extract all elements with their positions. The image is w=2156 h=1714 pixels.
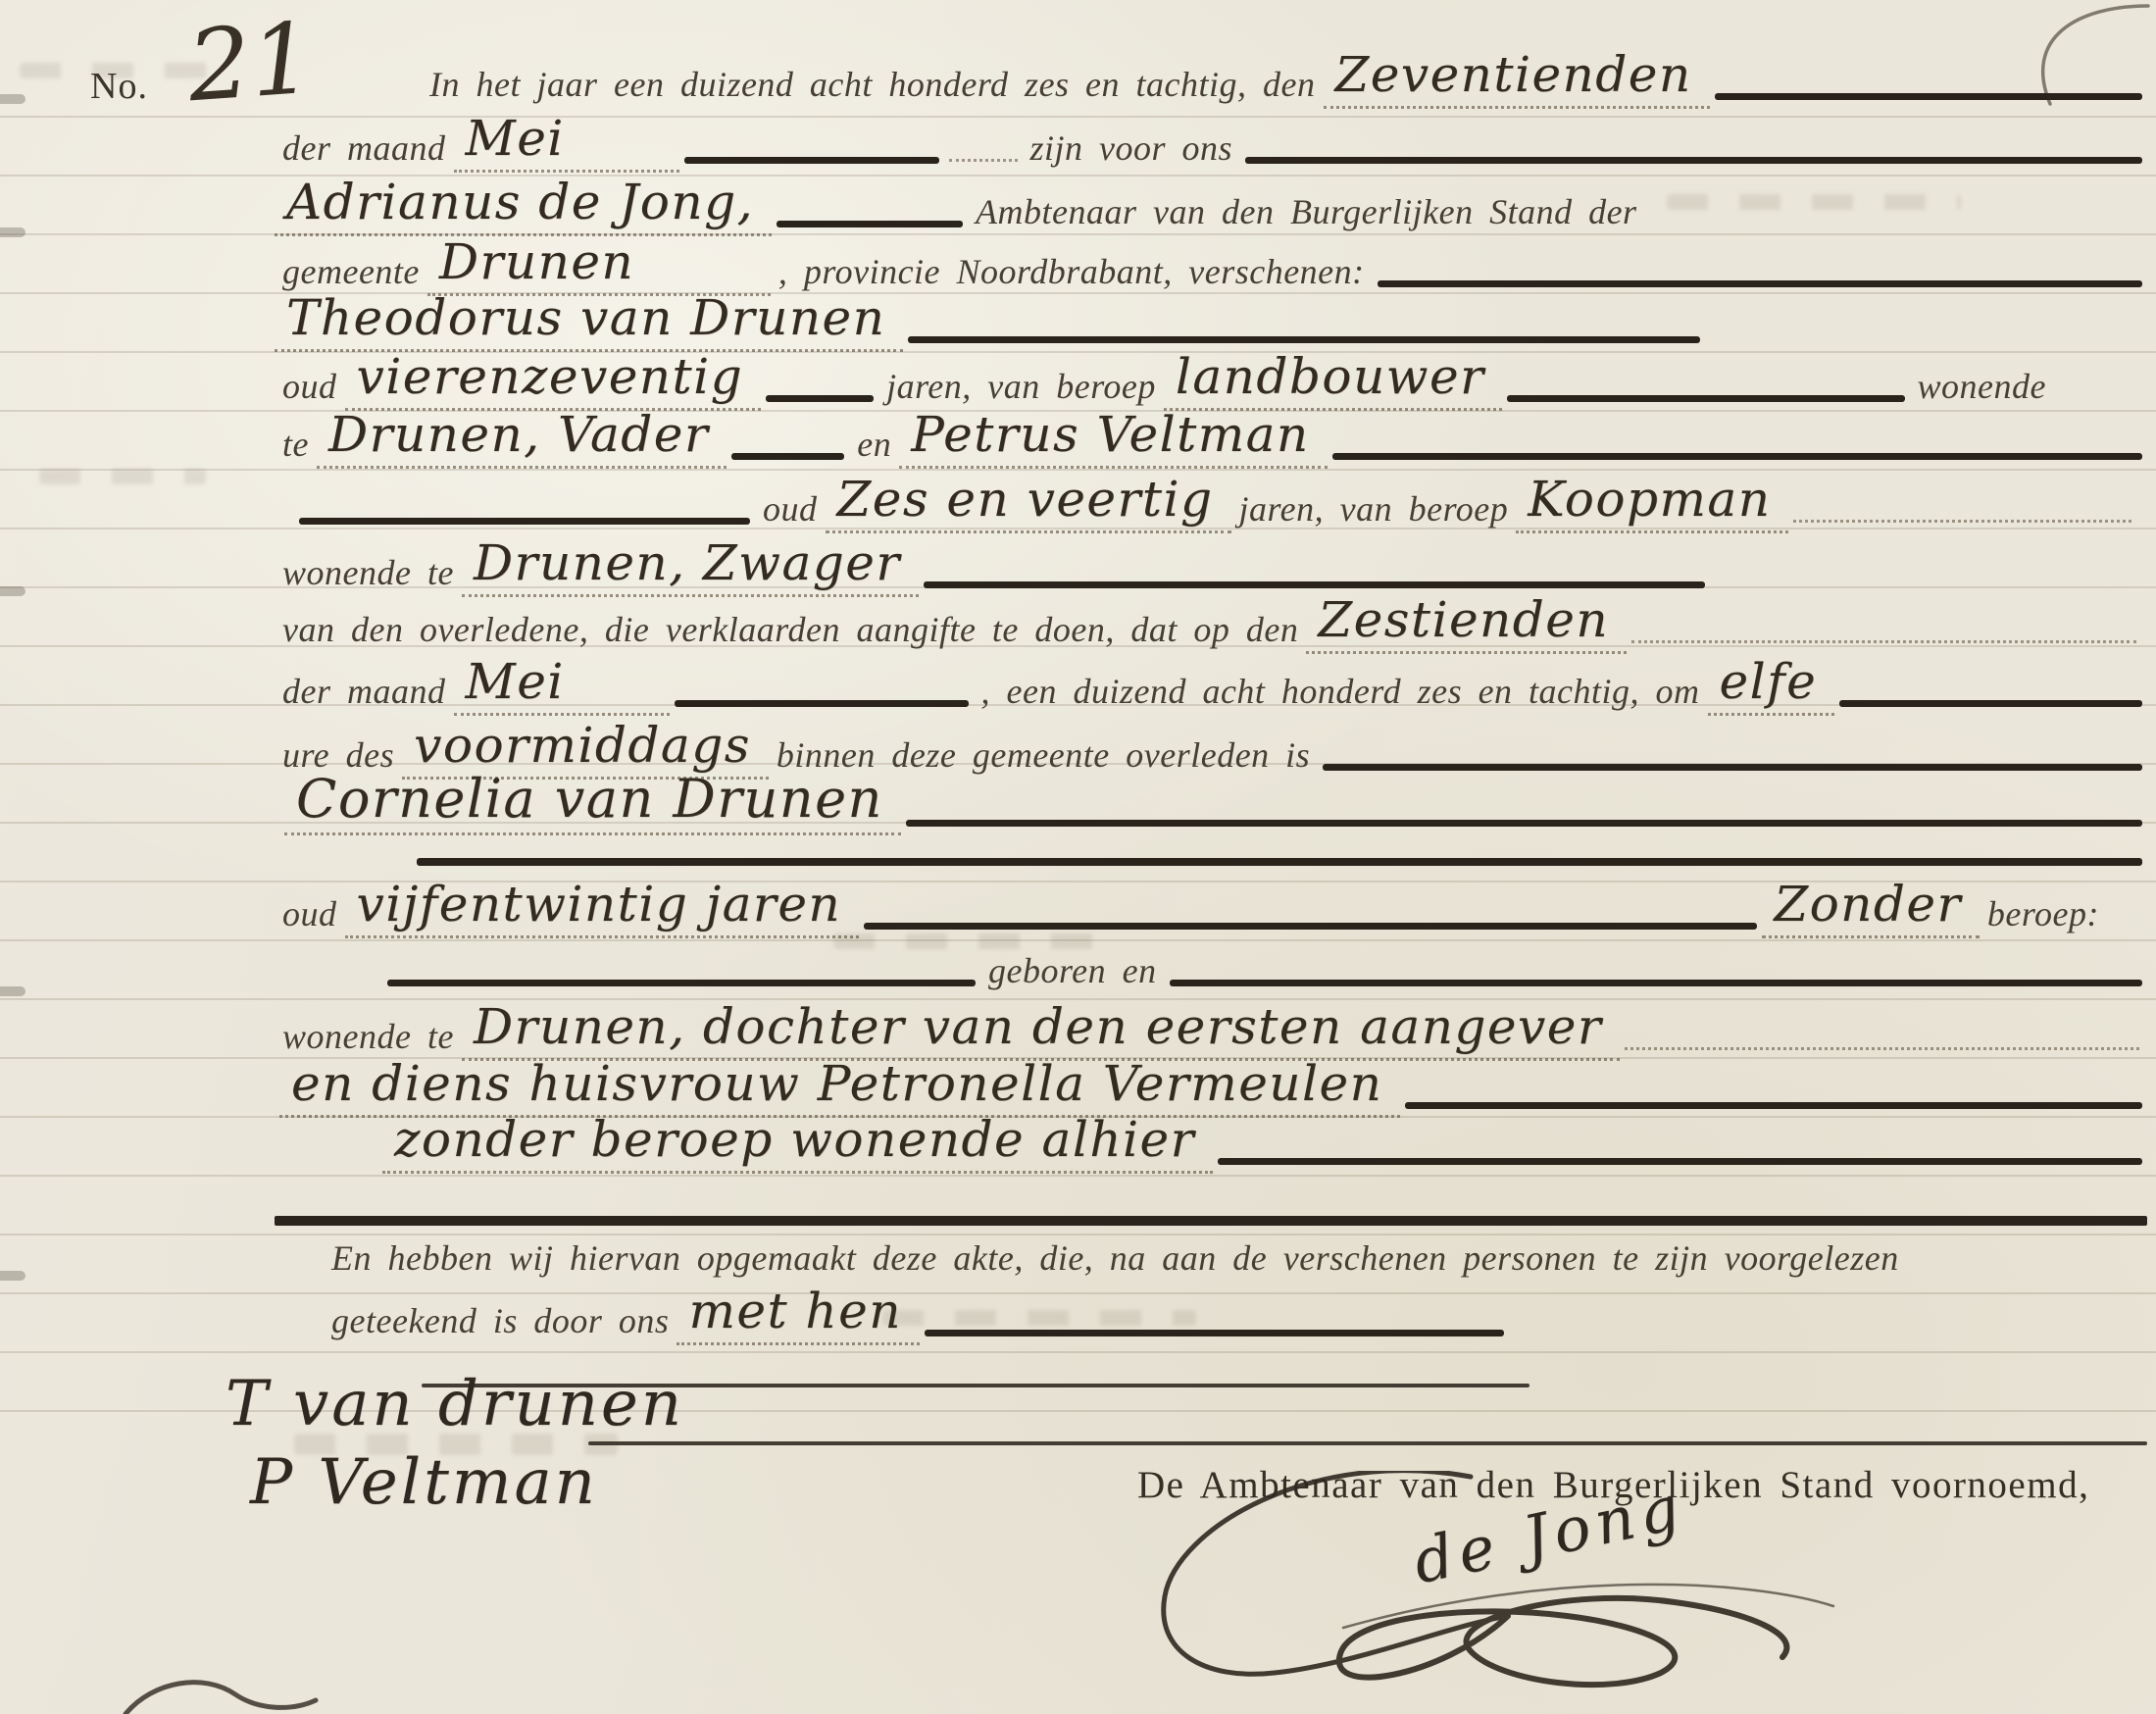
- printed-text: geteekend is door ons: [324, 1302, 677, 1345]
- printed-text: wonende te: [275, 554, 462, 597]
- printed-text: In het jaar een duizend acht honderd zes…: [422, 66, 1324, 109]
- act-line-14: [412, 843, 2147, 875]
- printed-text: wonende: [1910, 368, 2054, 411]
- rule-fill: [925, 1330, 1504, 1336]
- signature-declarant2: P Veltman: [250, 1451, 598, 1514]
- act-line-19: zonder beroep wonende alhier: [382, 1115, 2147, 1174]
- hw-deceased-name: Cornelia van Drunen: [284, 773, 901, 835]
- printed-text: beroep:: [1980, 895, 2107, 938]
- partial-next-entry-stroke: [118, 1673, 324, 1714]
- dotted-leader: [1631, 640, 2136, 643]
- act-line-7: te Drunen, Vader en Petrus Veltman: [275, 410, 2147, 469]
- act-line-4: gemeente Drunen , provincie Noordbrabant…: [275, 237, 2147, 296]
- rule-fill: [387, 980, 976, 986]
- dotted-leader: [949, 159, 1018, 162]
- printed-text: Ambtenaar van den Burgerlijken Stand der: [968, 193, 1645, 236]
- closing-line-1: En hebben wij hiervan opgemaakt deze akt…: [324, 1224, 2048, 1283]
- hw-zonder: Zonder: [1762, 880, 1980, 938]
- edge-smudge: [0, 227, 25, 237]
- act-line-18: en diens huisvrouw Petronella Vermeulen: [279, 1059, 2147, 1118]
- printed-text: der maand: [275, 673, 454, 716]
- hw-declarant1-age: vierenzeventig: [345, 352, 762, 411]
- rule-fill: [1378, 280, 2142, 287]
- act-line-11: der maand Mei , een duizend acht honderd…: [275, 657, 2147, 716]
- hw-declarant2-occupation: Koopman: [1516, 475, 1788, 533]
- rule-fill: [417, 858, 2142, 866]
- signature-rule: [588, 1441, 2147, 1445]
- edge-smudge: [0, 986, 25, 996]
- rule-fill: [1839, 700, 2142, 707]
- record-number-label: No.: [90, 65, 148, 108]
- rule-fill: [684, 157, 939, 164]
- hw-month: Mei: [454, 114, 679, 173]
- officiant-signature-block: de Jong: [1147, 1471, 1902, 1714]
- rule-fill: [1245, 157, 2142, 164]
- act-line-3: Adrianus de Jong, Ambtenaar van den Burg…: [275, 177, 2019, 236]
- printed-text: en: [849, 426, 899, 469]
- rule-fill: [777, 221, 963, 227]
- printed-text: oud: [755, 490, 826, 533]
- act-line-13: Cornelia van Drunen: [284, 777, 2147, 835]
- hw-declarant2-residence: Drunen, Zwager: [462, 538, 919, 597]
- rule-fill: [675, 700, 969, 707]
- edge-smudge: [0, 94, 25, 104]
- printed-text: , een duizend acht honderd zes en tachti…: [974, 673, 1708, 716]
- rule-fill: [924, 581, 1705, 588]
- printed-text: jaren, van beroep: [1231, 490, 1517, 533]
- hw-deceased-age: vijfentwintig jaren: [345, 880, 860, 938]
- printed-text: En hebben wij hiervan opgemaakt deze akt…: [324, 1239, 1907, 1283]
- hw-declarant1-occupation: landbouwer: [1164, 352, 1503, 411]
- rule-fill: [906, 820, 2142, 827]
- rule-fill: [1507, 395, 1904, 402]
- hw-signed-with-them: met hen: [677, 1286, 919, 1345]
- edge-smudge: [0, 1271, 25, 1281]
- rule-fill: [1332, 453, 2142, 460]
- hw-day-of-act: Zeventienden: [1324, 50, 1710, 109]
- rule-fill: [1715, 93, 2142, 100]
- hw-death-day: Zestienden: [1306, 595, 1627, 654]
- rule-fill: [1170, 980, 2142, 986]
- act-line-16: geboren en: [382, 936, 2147, 995]
- hw-official-name: Adrianus de Jong,: [275, 177, 772, 236]
- printed-text: zijn voor ons: [1023, 129, 1241, 173]
- act-line-1: In het jaar een duizend acht honderd zes…: [422, 50, 2147, 109]
- signature-declarant1: T van drunen: [226, 1373, 684, 1436]
- act-line-10: van den overledene, die verklaarden aang…: [275, 595, 2141, 654]
- act-line-8: oud Zes en veertig jaren, van beroep Koo…: [294, 475, 2136, 533]
- act-line-5: Theodorus van Drunen: [275, 293, 1705, 352]
- printed-text: oud: [275, 368, 345, 411]
- rule-fill: [1405, 1102, 2142, 1109]
- signature-row-1: T van drunen: [226, 1365, 684, 1436]
- printed-text: geboren en: [980, 952, 1165, 995]
- rule-fill: [864, 923, 1757, 930]
- record-number: 21: [185, 10, 317, 117]
- dotted-leader: [1793, 520, 2131, 523]
- act-line-15: oud vijfentwintig jaren Zonder beroep:: [275, 880, 2107, 938]
- hw-gemeente: Drunen: [427, 237, 771, 296]
- printed-text: der maand: [275, 129, 454, 173]
- death-record-page: No. 21 In het jaar een duizend acht hond…: [0, 0, 2156, 1714]
- hw-mother-occupation-residence: zonder beroep wonende alhier: [382, 1115, 1213, 1174]
- closing-line-2: geteekend is door ons met hen: [324, 1286, 1509, 1345]
- printed-text: te: [275, 426, 317, 469]
- bleed-through-smudge: [39, 469, 206, 484]
- rule-fill: [1218, 1158, 2142, 1165]
- act-line-2: der maand Mei zijn voor ons: [275, 114, 2147, 173]
- rule-fill: [1323, 764, 2142, 771]
- act-line-9: wonende te Drunen, Zwager: [275, 538, 1710, 597]
- hw-declarant2-name: Petrus Veltman: [899, 410, 1327, 469]
- printed-text: oud: [275, 895, 345, 938]
- signature-row-2: P Veltman: [250, 1443, 598, 1514]
- act-line-17: wonende te Drunen, dochter van den eerst…: [275, 1002, 2144, 1061]
- rule-fill: [766, 395, 874, 402]
- hw-declarant2-age: Zes en veertig: [826, 475, 1231, 533]
- dotted-leader: [1625, 1047, 2139, 1050]
- edge-smudge: [0, 586, 25, 596]
- hw-mother-name: en diens huisvrouw Petronella Vermeulen: [279, 1059, 1400, 1118]
- rule-fill: [299, 518, 750, 525]
- hw-declarant1-name: Theodorus van Drunen: [275, 293, 903, 352]
- act-line-6: oud vierenzeventig jaren, van beroep lan…: [275, 352, 2054, 411]
- rule-fill: [731, 453, 844, 460]
- hw-death-hour: elfe: [1708, 657, 1835, 716]
- rule-fill: [908, 336, 1700, 343]
- hw-death-month: Mei: [454, 657, 670, 716]
- printed-text: jaren, van beroep: [878, 368, 1164, 411]
- hw-declarant1-residence: Drunen, Vader: [317, 410, 727, 469]
- printed-text: van den overledene, die verklaarden aang…: [275, 611, 1306, 654]
- hw-parentage: Drunen, dochter van den eersten aangever: [462, 1002, 1620, 1061]
